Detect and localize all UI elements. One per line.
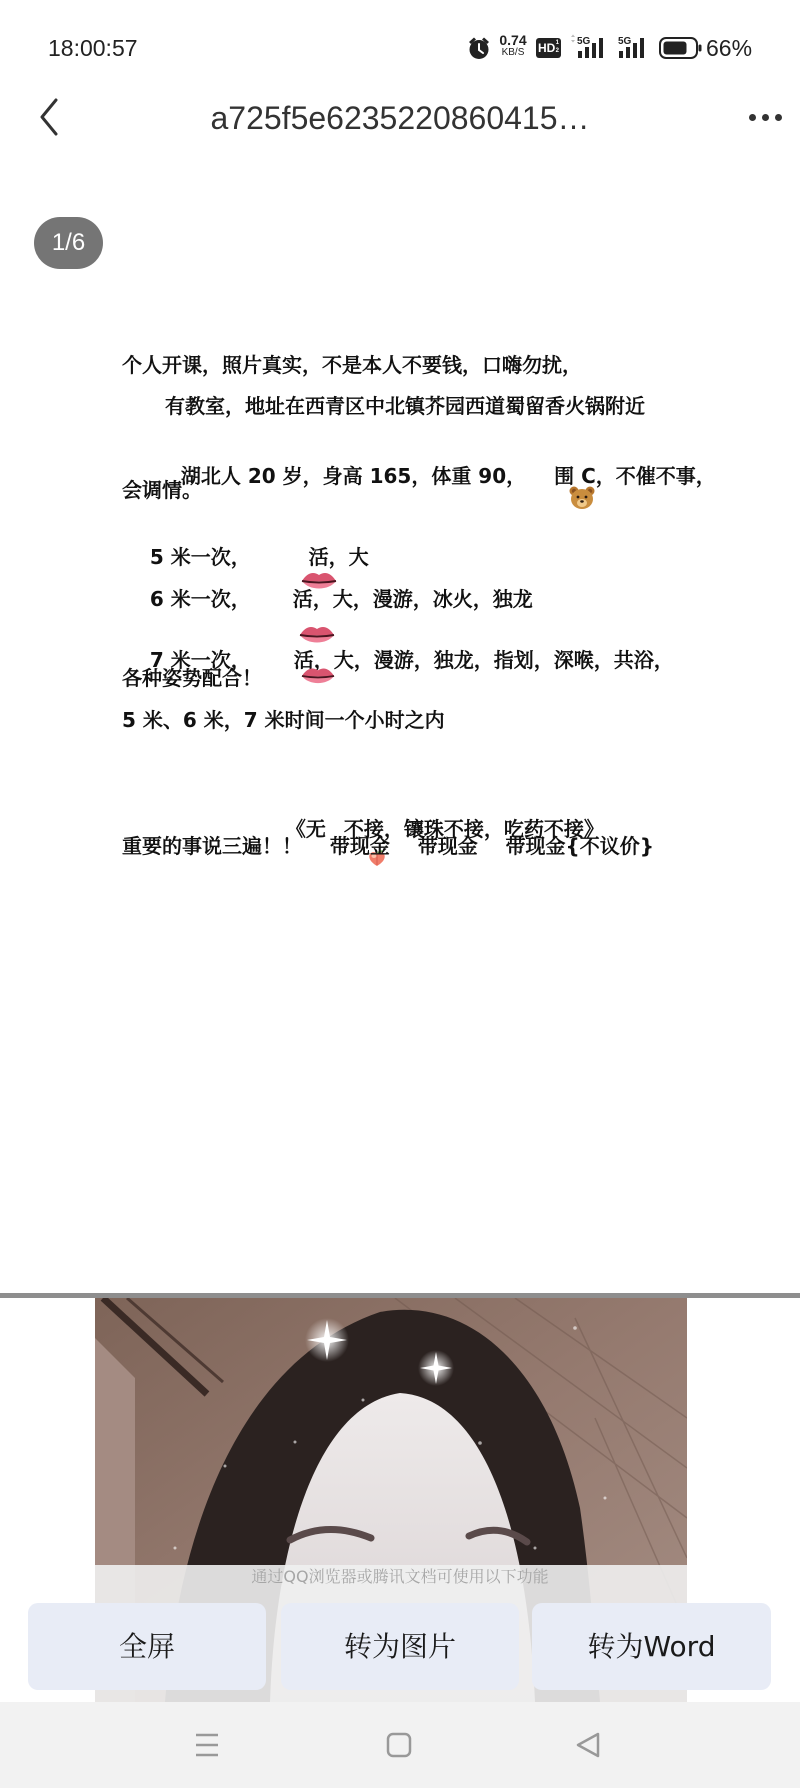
page-indicator: 1/6 — [34, 217, 103, 269]
lips-emoji-icon — [260, 639, 294, 661]
alarm-icon — [466, 35, 492, 61]
svg-text:5G: 5G — [577, 36, 591, 47]
doc-line: 湖北人 20 岁，身高 165，体重 90， 围 C，不催不事， — [153, 437, 716, 516]
system-nav-bar — [0, 1702, 800, 1788]
hd-voice-icon: HD 12 — [536, 38, 561, 58]
net-speed: 0.74 KB/S — [497, 33, 529, 58]
convert-to-word-button[interactable]: 转为Word — [532, 1603, 771, 1690]
chevron-left-icon — [34, 96, 66, 138]
more-dots-icon — [775, 114, 782, 121]
svg-text:5G: 5G — [618, 36, 632, 47]
lips-emoji-icon — [257, 598, 293, 620]
signal-5g-icon: 5G — [568, 34, 612, 60]
doc-line-text: 活，大，漫游，独龙，指划，深喉，共浴， — [294, 648, 674, 672]
more-options-button[interactable] — [740, 104, 790, 130]
doc-line: 重要的事说三遍！！ 带现金 带现金 带现金{不议价} — [122, 833, 654, 859]
doc-line: 各种姿势配合！ — [122, 665, 262, 691]
back-button[interactable] — [34, 96, 66, 138]
net-speed-value: 0.74 — [497, 33, 529, 47]
doc-line: 会调情。 — [122, 477, 202, 503]
more-dots-icon — [749, 114, 756, 121]
status-time: 18:00:57 — [48, 34, 138, 62]
menu-icon[interactable] — [194, 1732, 220, 1758]
doc-line: 5 米、6 米，7 米时间一个小时之内 — [122, 707, 445, 733]
doc-line: 个人开课，照片真实，不是本人不要钱，口嗨勿扰， — [122, 352, 582, 378]
hd-sub: 12 — [556, 39, 559, 55]
battery-icon — [659, 37, 703, 59]
doc-line-text: 6 米一次， — [150, 587, 251, 611]
battery-percent: 66% — [706, 34, 752, 62]
doc-line-text: 湖北人 20 岁，身高 165，体重 90， — [181, 464, 526, 488]
document-title: a725f5e6235220860415… — [150, 98, 650, 138]
feature-hint: 通过QQ浏览器或腾讯文档可使用以下功能 — [0, 1564, 800, 1590]
convert-to-image-button[interactable]: 转为图片 — [281, 1603, 519, 1690]
bear-emoji-icon — [527, 460, 553, 484]
signal-5g-icon-2: 5G — [617, 34, 653, 60]
screen: 18:00:57 0.74 KB/S HD 12 5G 5G 66% — [0, 0, 800, 1788]
back-triangle-icon[interactable] — [575, 1732, 601, 1758]
hd-label: HD — [538, 41, 555, 55]
doc-line-text: 围 C，不催不事， — [554, 464, 716, 488]
home-icon[interactable] — [386, 1732, 412, 1758]
doc-line: 有教室，地址在西青区中北镇芥园西道蜀留香火锅附近 — [165, 393, 645, 419]
more-dots-icon — [762, 114, 769, 121]
net-speed-unit: KB/S — [497, 48, 529, 58]
fullscreen-button[interactable]: 全屏 — [28, 1603, 266, 1690]
doc-line-text: 活，大，漫游，冰火，独龙 — [293, 587, 533, 611]
